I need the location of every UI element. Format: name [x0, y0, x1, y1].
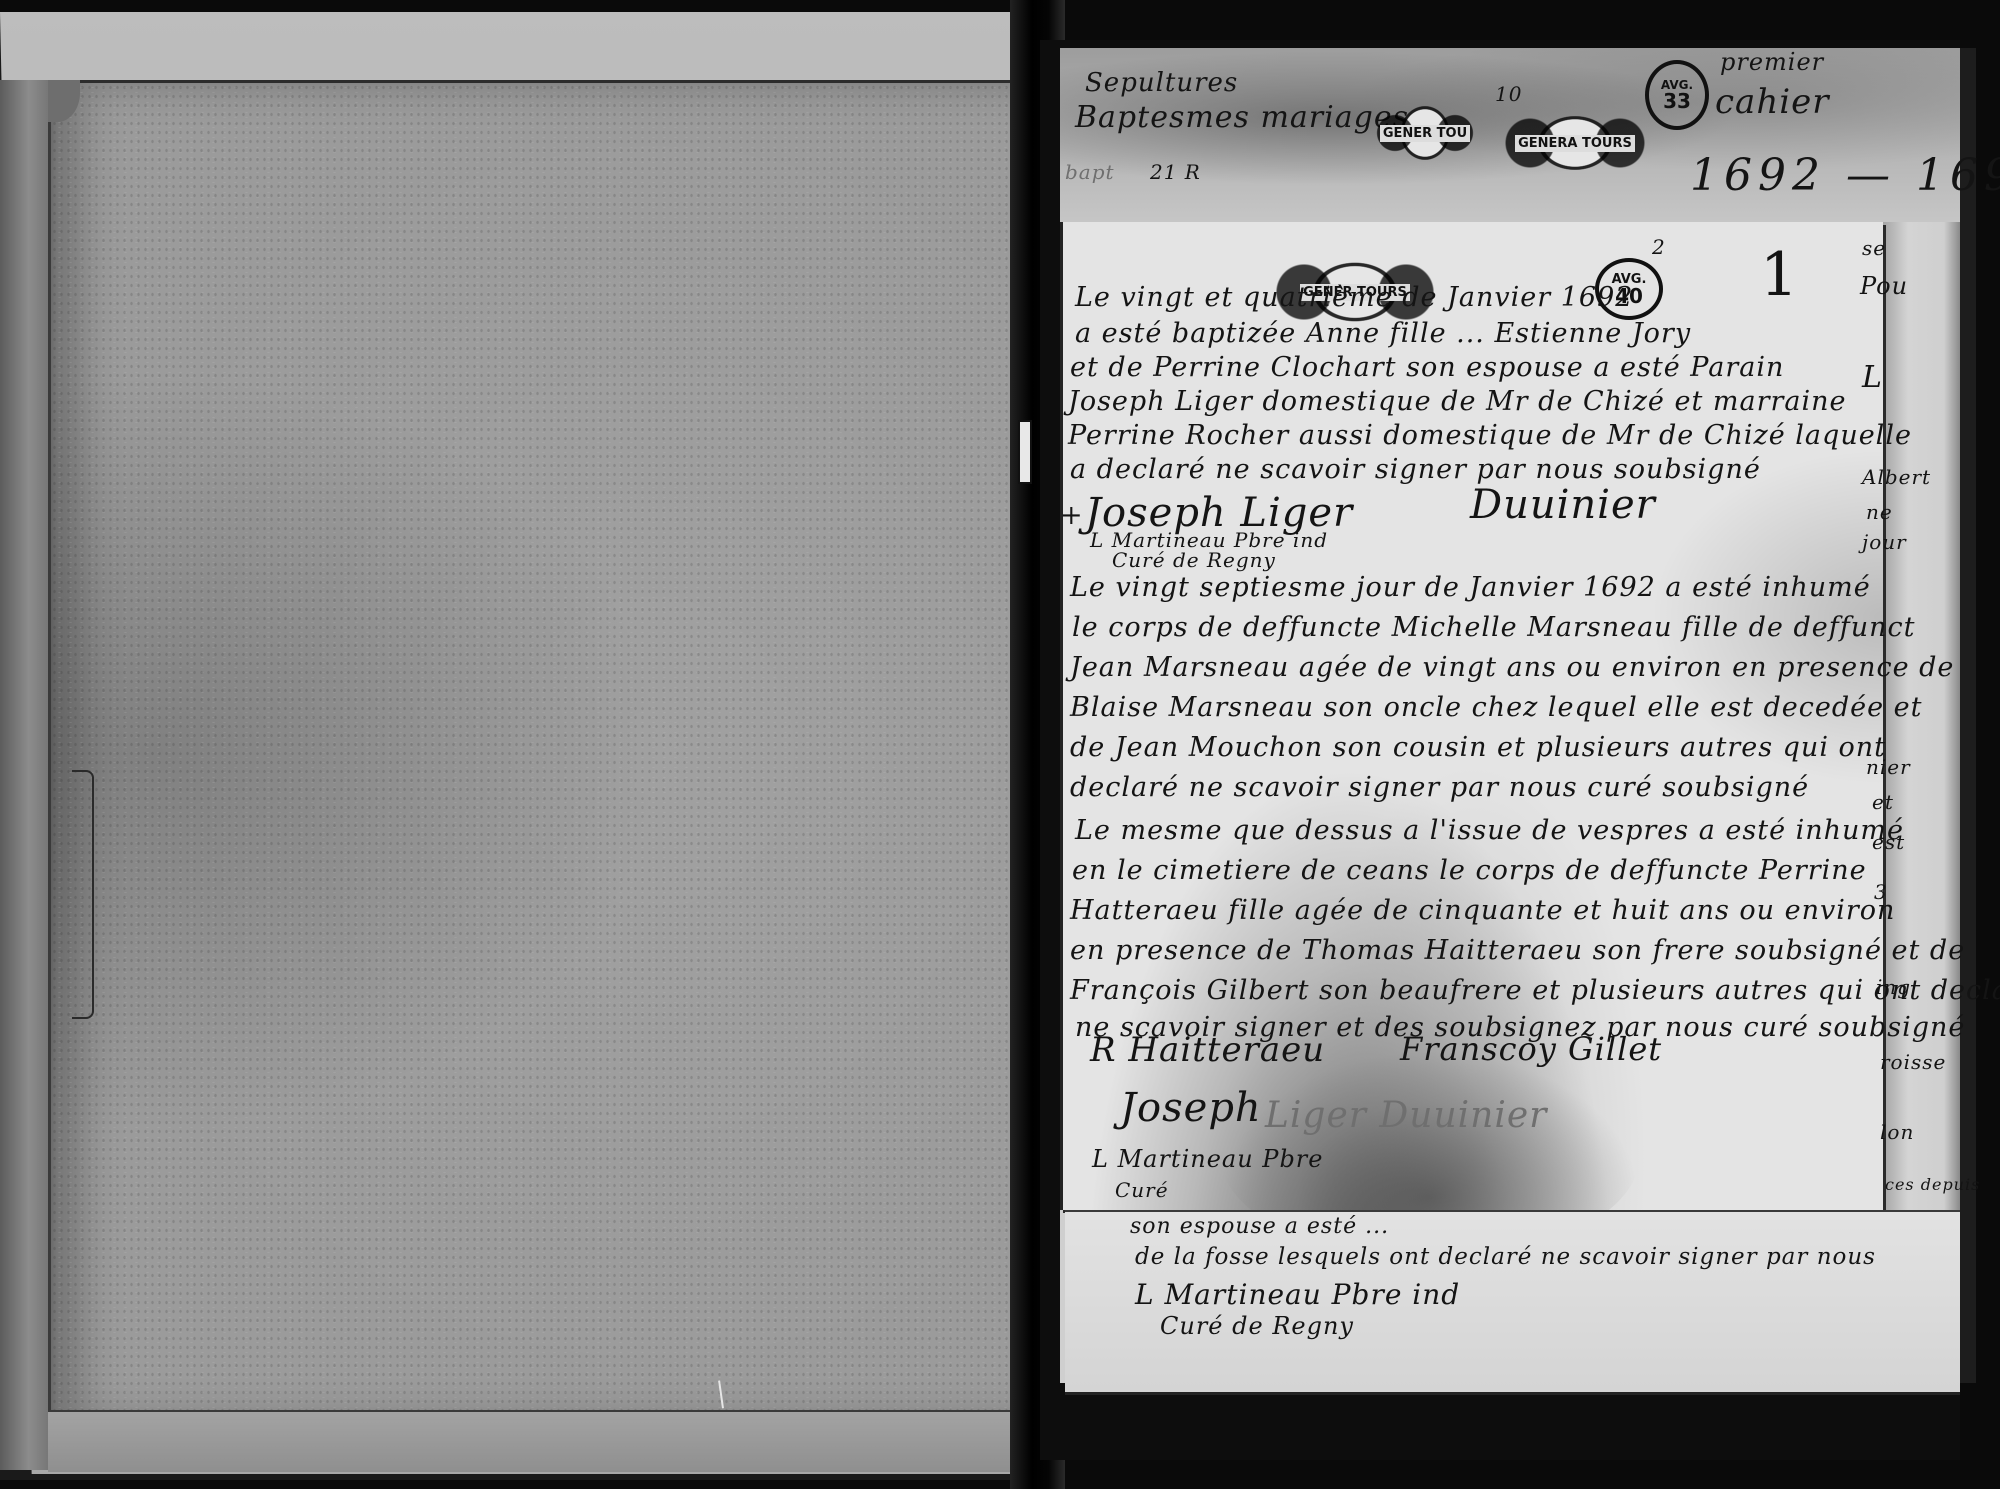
- entry-2-line-3: Jean Marsneau agée de vingt ans ou envir…: [1070, 652, 1954, 683]
- margin-fragment: est: [1872, 830, 1905, 854]
- header-cahier: cahier: [1715, 82, 1829, 122]
- entry-3-line-3: Hatteraeu fille agée de cinquante et hui…: [1070, 895, 1895, 926]
- archive-cote-stamp-top: AVG. 33: [1645, 60, 1709, 130]
- entry-2-line-1: Le vingt septiesme jour de Janvier 1692 …: [1070, 572, 1871, 603]
- margin-fragment: ne: [1866, 500, 1893, 524]
- header-faint-note: bapt: [1065, 160, 1115, 184]
- entry-3-line-2: en le cimetiere de ceans le corps de def…: [1072, 855, 1867, 886]
- stamp-2-text: GENERA TOURS: [1515, 135, 1635, 152]
- tax-stamp-2: GENERA TOURS: [1500, 88, 1650, 198]
- left-cover-edge: [0, 80, 48, 1470]
- signature-gillet: Franscoy Gillet: [1400, 1030, 1662, 1068]
- entry-3-line-4: en presence de Thomas Haitteraeu son fre…: [1070, 935, 1965, 966]
- entry-1-line-6: a declaré ne scavoir signer par nous sou…: [1070, 454, 1761, 485]
- lower-folio-cure-2: Curé de Regny: [1160, 1312, 1354, 1340]
- entry-1-margin-mark: +: [1060, 500, 1084, 531]
- lower-folio-line-2: de la fosse lesquels ont declaré ne scav…: [1135, 1244, 1876, 1270]
- margin-fragment: ing: [1876, 975, 1911, 999]
- entry-2-line-2: le corps de deffuncte Michelle Marsneau …: [1072, 612, 1915, 643]
- entry-1-line-1: Le vingt et quatrième de Janvier 1692: [1075, 282, 1633, 313]
- signature-duuinier: Duuinier: [1470, 482, 1656, 528]
- folio-page-number: 1: [1760, 240, 1799, 310]
- folio-superscript: 2: [1652, 235, 1666, 259]
- entry-1-line-5: Perrine Rocher aussi domestique de Mr de…: [1068, 420, 1912, 451]
- margin-fragment: nier: [1866, 755, 1911, 779]
- margin-fragment: Albert: [1862, 465, 1931, 489]
- margin-fragment: roisse: [1880, 1050, 1946, 1074]
- margin-fragment: jour: [1862, 530, 1907, 554]
- entry-2-line-6: declaré ne scavoir signer par nous curé …: [1070, 772, 1809, 803]
- signature-haitteraeu: R Haitteraeu: [1090, 1030, 1325, 1070]
- left-cover-bottom-lip: [48, 1410, 1053, 1472]
- stamp-1-text: GENER TOU: [1380, 125, 1470, 142]
- cote-stamp-line2: 33: [1663, 91, 1691, 111]
- margin-fragment: se: [1862, 236, 1886, 260]
- margin-fragment: L: [1862, 360, 1883, 395]
- entry-1-line-3: et de Perrine Clochart son espouse a est…: [1070, 352, 1784, 383]
- header-note: 21 R: [1150, 160, 1201, 184]
- cure-signature-3b: Curé: [1115, 1178, 1169, 1202]
- signature-joseph-faded: Joseph: [1120, 1085, 1262, 1131]
- cure-signature-3a: L Martineau Pbre: [1092, 1145, 1323, 1173]
- entry-2-line-5: de Jean Mouchon son cousin et plusieurs …: [1070, 732, 1886, 763]
- margin-fragment: Pou: [1860, 272, 1908, 300]
- signature-liger-faded: Liger Duuinier: [1265, 1095, 1547, 1136]
- left-blank-endpaper: [48, 80, 1056, 1421]
- entry-1-line-4: Joseph Liger domestique de Mr de Chizé e…: [1068, 386, 1847, 417]
- header-title-line2: Baptesmes mariages: [1075, 100, 1409, 135]
- lower-folio-cure-1: L Martineau Pbre ind: [1135, 1278, 1460, 1311]
- binding-thread: [1018, 420, 1032, 484]
- left-paper-fold: [72, 770, 94, 1019]
- margin-fragment: et: [1872, 790, 1894, 814]
- cure-signature-1b: Curé de Regny: [1112, 548, 1276, 572]
- entry-3-line-5: François Gilbert son beaufrere et plusie…: [1070, 975, 2000, 1006]
- margin-fragment: ces depuis: [1885, 1175, 1980, 1194]
- margin-fragment: 3: [1874, 880, 1888, 904]
- header-title-line1: Sepultures: [1085, 68, 1238, 98]
- entry-3-line-1: Le mesme que dessus a l'issue de vespres…: [1075, 815, 1904, 846]
- header-years: 1692 — 1699: [1690, 150, 2000, 201]
- tax-stamp-1: GENER TOU: [1375, 78, 1475, 188]
- margin-fragment: lon: [1880, 1120, 1914, 1144]
- entry-2-line-4: Blaise Marsneau son oncle chez lequel el…: [1070, 692, 1923, 723]
- entry-1-line-2: a esté baptizée Anne fille ... Estienne …: [1075, 318, 1691, 349]
- header-premier: premier: [1720, 48, 1824, 76]
- lower-folio-line-1: son espouse a esté ...: [1130, 1214, 1389, 1239]
